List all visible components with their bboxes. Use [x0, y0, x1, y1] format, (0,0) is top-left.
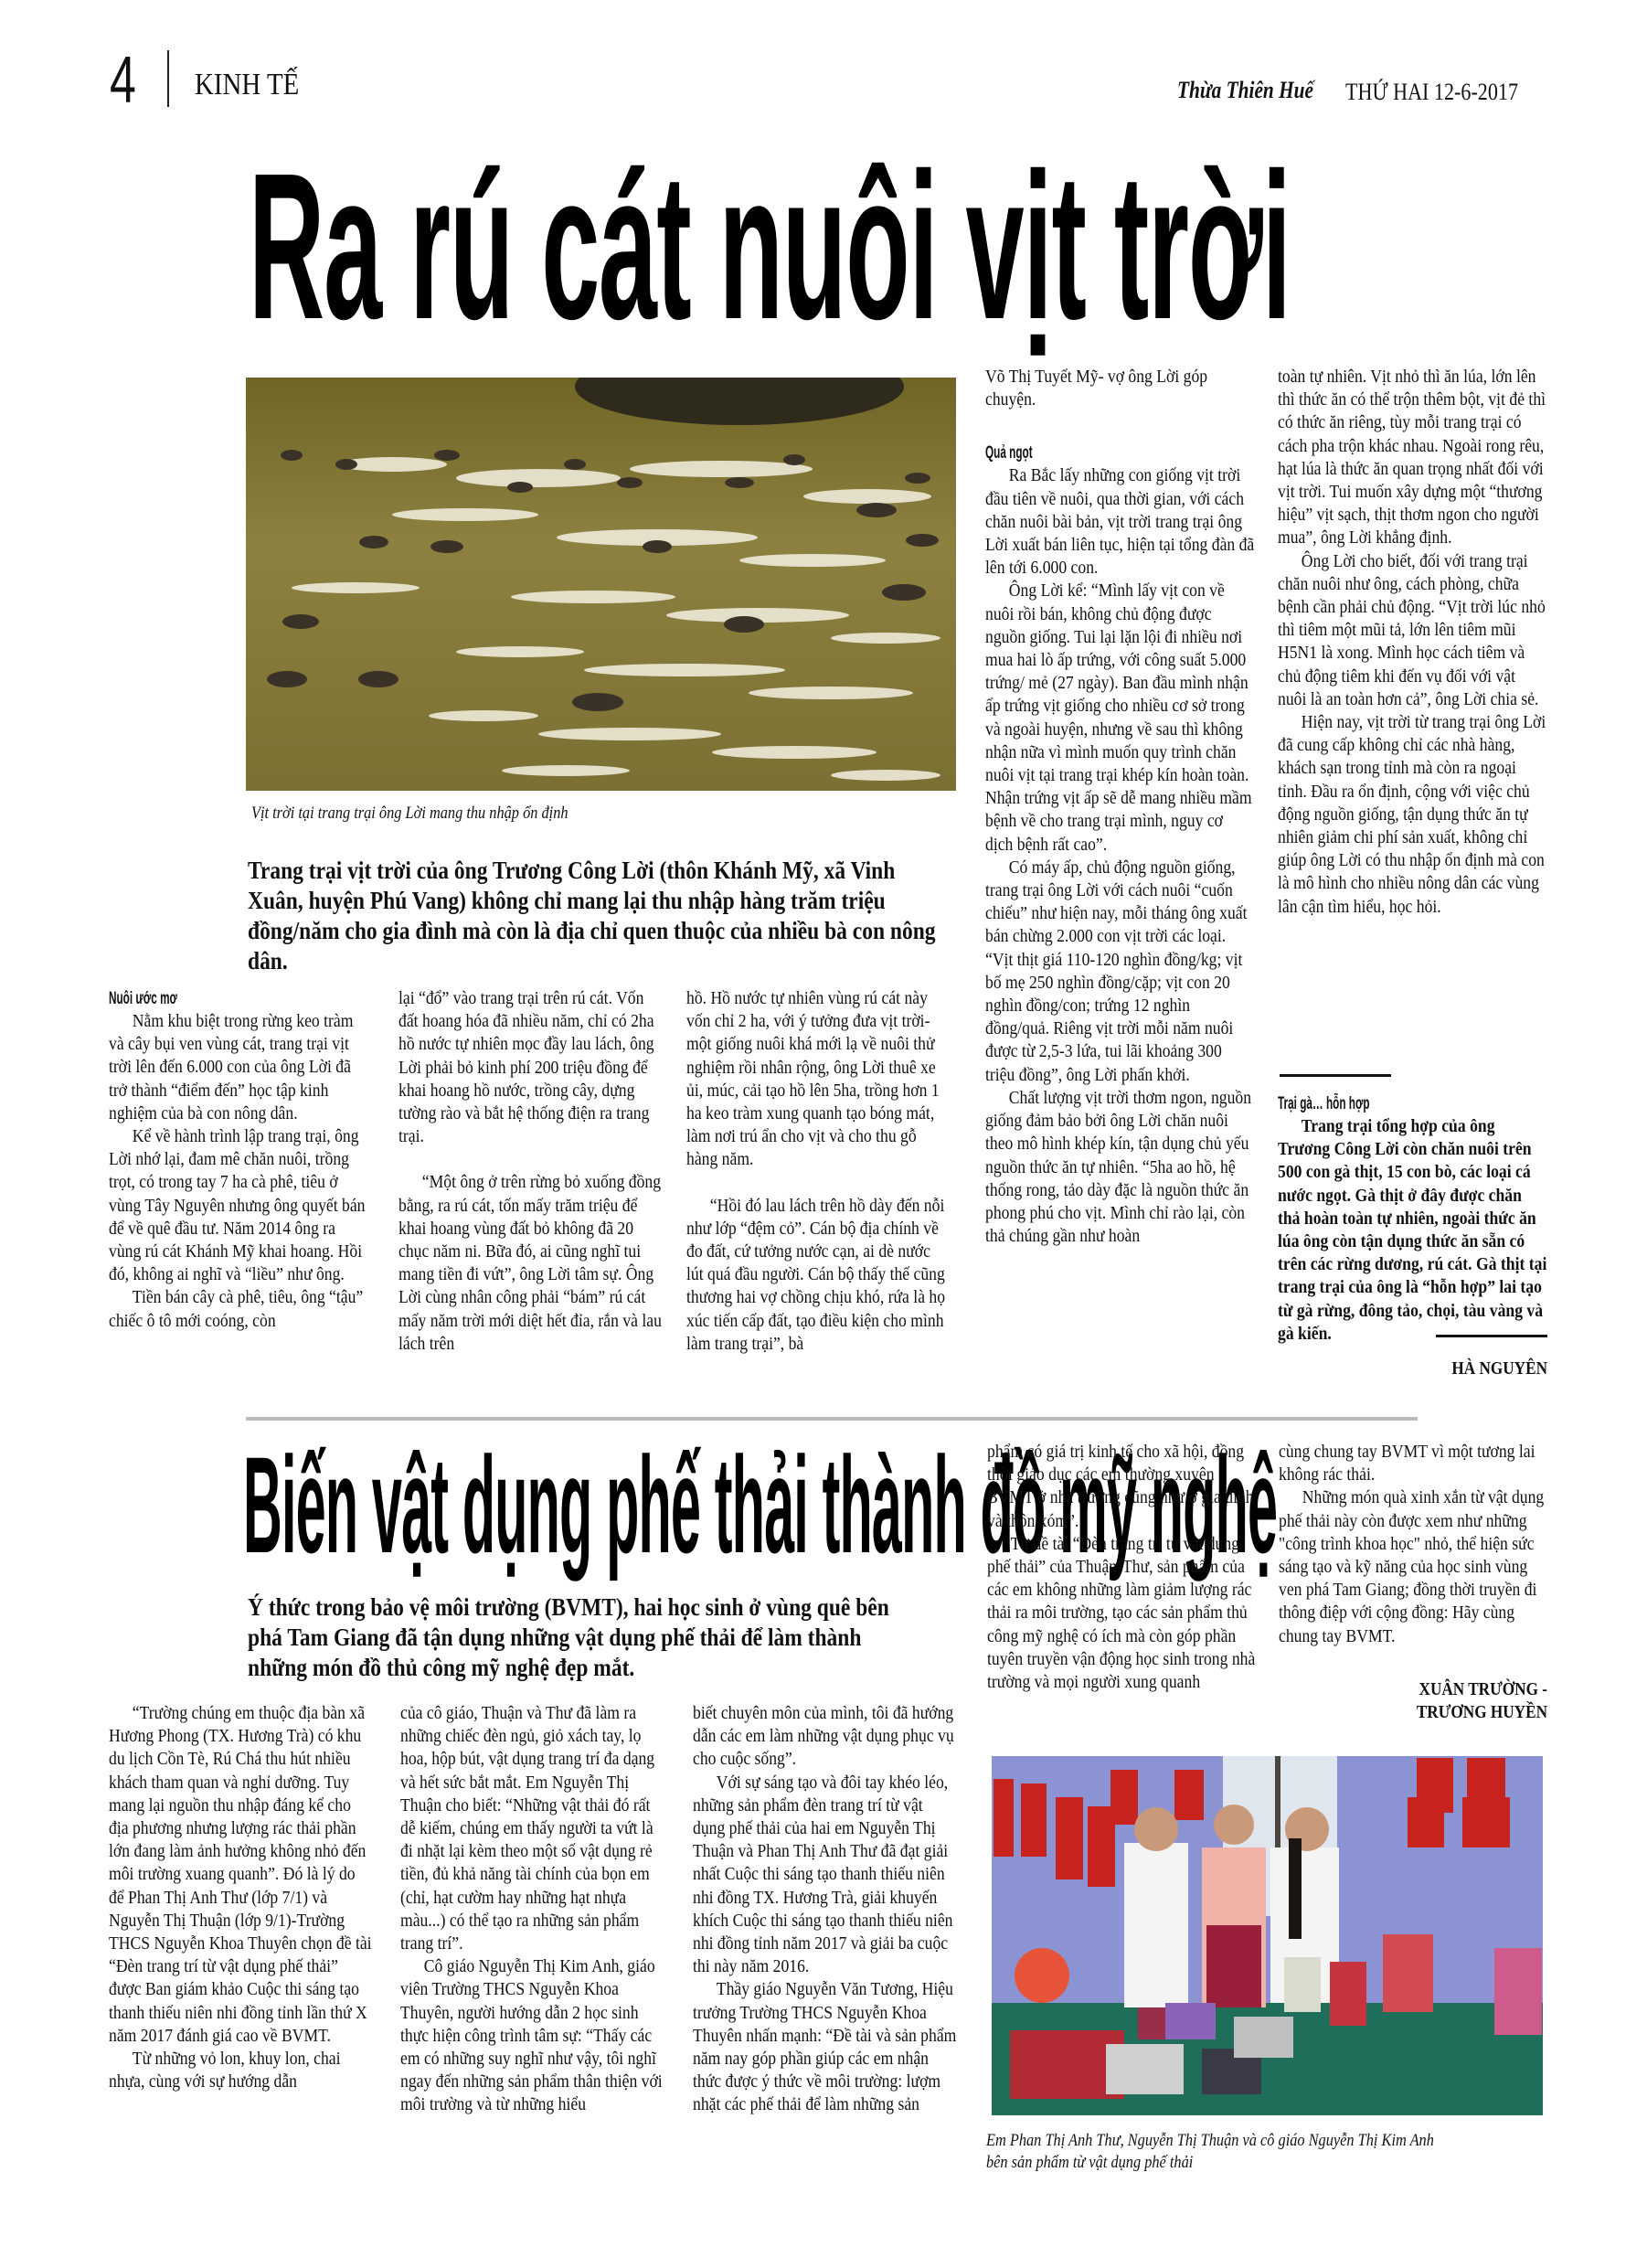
paragraph: Từ đề tài “Đèn trang trí từ vật dụng phế…	[987, 1533, 1257, 1694]
paragraph: Võ Thị Tuyết Mỹ- vợ ông Lời góp chuyện.	[985, 366, 1254, 411]
paragraph: Cô giáo Nguyễn Thị Kim Anh, giáo viên Tr…	[400, 1955, 666, 2116]
article2-column-3: biết chuyên môn của mình, tôi đã hướng d…	[693, 1702, 960, 2117]
subhead-trai-ga: Trại gà… hỗn hợp	[1278, 1092, 1472, 1115]
paragraph: của cô giáo, Thuận và Thư đã làm ra nhữn…	[400, 1702, 666, 1955]
page-number: 4	[110, 48, 136, 113]
paragraph: hồ. Hồ nước tự nhiên vùng rú cát này vốn…	[686, 987, 951, 1172]
paragraph: cùng chung tay BVMT vì một tương lai khô…	[1279, 1441, 1548, 1486]
article2-photo-crafts	[992, 1756, 1543, 2115]
paragraph: Ra Bắc lấy những con giống vịt trời đầu …	[985, 464, 1254, 580]
article2-column-1: “Trường chúng em thuộc địa bàn xã Hương …	[109, 1702, 374, 2093]
paragraph: Ông Lời kể: “Mình lấy vịt con về nuôi rồ…	[985, 580, 1254, 856]
paragraph: Hiện nay, vịt trời từ trang trại ông Lời…	[1278, 711, 1547, 919]
newspaper-name: Thừa Thiên Huế	[1177, 77, 1313, 104]
article1-lede: Trang trại vịt trời của ông Trương Công …	[248, 856, 948, 976]
article2-lede: Ý thức trong bảo vệ môi trường (BVMT), h…	[248, 1592, 908, 1683]
article1-photo-ducks	[246, 378, 956, 791]
subhead-nuoi-uoc-mo: Nuôi ước mơ	[109, 987, 294, 1010]
paragraph: biết chuyên môn của mình, tôi đã hướng d…	[693, 1702, 959, 1772]
page-number-divider	[167, 50, 169, 107]
byline-line-1: XUÂN TRƯỜNG -	[1356, 1678, 1547, 1701]
article1-headline: Ra rú cát nuôi vịt trời	[249, 137, 1291, 357]
paragraph: Chất lượng vịt trời thơm ngon, nguồn giố…	[985, 1087, 1254, 1248]
article1-column-2: lại “đổ” vào trang trại trên rú cát. Vốn…	[398, 987, 664, 1356]
article2-column-5: cùng chung tay BVMT vì một tương lai khô…	[1279, 1441, 1549, 1648]
article2-byline: XUÂN TRƯỜNG - TRƯƠNG HUYỀN	[1356, 1678, 1547, 1724]
paragraph: Trang trại tổng hợp của ông Trương Công …	[1278, 1115, 1547, 1346]
paragraph: toàn tự nhiên. Vịt nhỏ thì ăn lúa, lớn l…	[1278, 366, 1547, 550]
duck-pond-image	[246, 378, 956, 791]
paragraph: “Trường chúng em thuộc địa bàn xã Hương …	[109, 1702, 373, 2048]
paragraph: Với sự sáng tạo và đôi tay khéo léo, nhữ…	[693, 1772, 959, 1979]
article2-column-2: của cô giáo, Thuận và Thư đã làm ra nhữn…	[400, 1702, 667, 2117]
byline-rule	[1436, 1335, 1547, 1337]
article2-column-4: phẩm có giá trị kinh tế cho xã hội, đồng…	[987, 1441, 1258, 1694]
sidebar-box-trai-ga: Trại gà… hỗn hợp Trang trại tổng hợp của…	[1278, 1092, 1548, 1346]
paragraph: Thầy giáo Nguyễn Văn Tương, Hiệu trưởng …	[693, 1978, 959, 2116]
article2-photo-caption-line-1: Em Phan Thị Anh Thư, Nguyễn Thị Thuận và…	[986, 2130, 1434, 2151]
paragraph: Ông Lời cho biết, đối với trang trại chă…	[1278, 550, 1547, 711]
classroom-crafts-image	[992, 1756, 1543, 2115]
paragraph: phẩm có giá trị kinh tế cho xã hội, đồng…	[987, 1441, 1257, 1533]
article2-photo-caption-line-2: bên sản phẩm từ vật dụng phế thải	[986, 2152, 1193, 2173]
article-divider	[246, 1417, 1418, 1421]
article1-column-1: Nuôi ước mơ Nằm khu biệt trong rừng keo …	[109, 987, 367, 1333]
subhead-qua-ngot: Quả ngọt	[985, 442, 1179, 464]
sidebar-rule	[1280, 1074, 1391, 1077]
section-label: KINH TẾ	[195, 68, 299, 102]
paragraph: “Hồi đó lau lách trên hồ dày đến nỗi như…	[686, 1195, 951, 1356]
paragraph: Tiền bán cây cà phê, tiêu, ông “tậu” chi…	[109, 1286, 367, 1332]
paragraph: lại “đổ” vào trang trại trên rú cát. Vốn…	[398, 987, 663, 1148]
article1-byline: HÀ NGUYÊN	[1356, 1358, 1547, 1380]
article1-column-3: hồ. Hồ nước tự nhiên vùng rú cát này vốn…	[686, 987, 951, 1356]
article1-column-4: Võ Thị Tuyết Mỹ- vợ ông Lời góp chuyện. …	[985, 366, 1255, 1248]
article1-photo-caption: Vịt trời tại trang trại ông Lời mang thu…	[251, 803, 568, 824]
paragraph: Kể về hành trình lập trang trại, ông Lời…	[109, 1125, 367, 1286]
paragraph: Những món quà xinh xắn từ vật dụng phế t…	[1279, 1486, 1548, 1647]
article1-column-5: toàn tự nhiên. Vịt nhỏ thì ăn lúa, lớn l…	[1278, 366, 1548, 919]
byline-line-2: TRƯƠNG HUYỀN	[1356, 1701, 1547, 1724]
issue-date: THỨ HAI 12-6-2017	[1345, 79, 1518, 106]
paragraph: Có máy ấp, chủ động nguồn giống, trang t…	[985, 857, 1254, 1087]
paragraph: “Một ông ở trên rừng bỏ xuống đồng bằng,…	[398, 1171, 663, 1356]
paragraph: Từ những vỏ lon, khuy lon, chai nhựa, cù…	[109, 2048, 373, 2093]
paragraph: Nằm khu biệt trong rừng keo tràm và cây …	[109, 1010, 367, 1125]
